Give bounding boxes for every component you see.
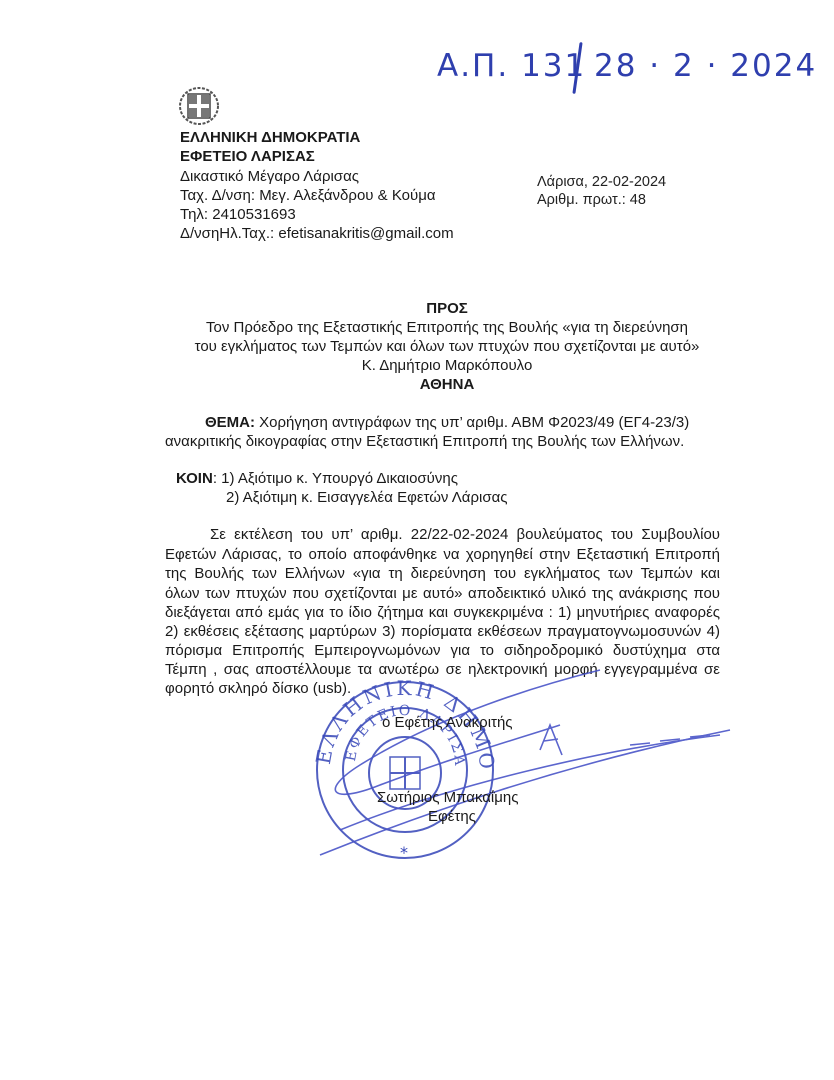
official-stamp-icon: ΕΛΛΗΝΙΚΗ ΔΗΜΟΚΡΑΤΙΑ ΕΦΕΤΕΙΟ ΛΑΡΙΣΑΣ * [300, 655, 740, 865]
subject-text-1: Χορήγηση αντιγράφων της υπ’ αριθμ. ΑΒΜ Φ… [259, 414, 689, 431]
cc-line-1: ΚΟΙΝ: 1) Αξιότιμο κ. Υπουργό Δικαιοσύνης [176, 469, 458, 488]
handwritten-protocol: Α.Π. 131 [437, 48, 586, 84]
body-line-6: 2) εκθέσεις εξέτασης μαρτύρων 3) πορίσμα… [165, 622, 720, 641]
subject-line-1: ΘΕΜΑ: Χορήγηση αντιγράφων της υπ’ αριθμ.… [205, 413, 689, 432]
header-building: Δικαστικό Μέγαρο Λάρισας [180, 167, 359, 186]
body-line-1: Σε εκτέλεση του υπ’ αριθμ. 22/22-02-2024… [210, 525, 720, 544]
recipient-city: ΑΘΗΝΑ [30, 375, 834, 394]
cc-item-2: 2) Αξιότιμη κ. Εισαγγελέα Εφετών Λάρισας [226, 488, 507, 507]
body-line-4: όλων των πτυχών που σχετίζονται με αυτό»… [165, 584, 720, 603]
body-line-5: διεξάγεται από εμάς για το ίδιο ζήτημα κ… [165, 603, 720, 622]
signatory-role: ο Εφέτης Ανακριτής [382, 713, 513, 732]
body-line-3: της Βουλής των Ελλήνων «για τη διερεύνησ… [165, 564, 720, 583]
cc-item-1: 1) Αξιότιμο κ. Υπουργό Δικαιοσύνης [221, 470, 458, 487]
recipient-line-2: του εγκλήματος των Τεμπών και όλων των π… [30, 337, 834, 356]
header-court: ΕΦΕΤΕΙΟ ΛΑΡΙΣΑΣ [180, 147, 315, 166]
protocol-number: Αριθμ. πρωτ.: 48 [537, 191, 666, 209]
header-phone: Τηλ: 2410531693 [180, 205, 296, 224]
place-date: Λάρισα, 22-02-2024 [537, 173, 666, 191]
handwritten-date: 28 · 2 · 2024 [594, 48, 817, 84]
document-meta: Λάρισα, 22-02-2024 Αριθμ. πρωτ.: 48 [537, 173, 666, 209]
recipient-label: ΠΡΟΣ [30, 299, 834, 318]
subject-label: ΘΕΜΑ: [205, 414, 255, 431]
cc-label: ΚΟΙΝ [176, 470, 213, 487]
header-postal-address: Ταχ. Δ/νση: Μεγ. Αλεξάνδρου & Κούμα [180, 186, 436, 205]
header-email[interactable]: Δ/νσηΗλ.Ταχ.: efetisanakritis@gmail.com [180, 224, 454, 243]
subject-line-2: ανακριτικής δικογραφίας στην Εξεταστική … [165, 432, 684, 451]
svg-text:*: * [400, 843, 408, 862]
signatory-name: Σωτήριος Μπακαΐμης [377, 788, 518, 807]
recipient-line-1: Τον Πρόεδρο της Εξεταστικής Επιτροπής τη… [30, 318, 834, 337]
recipient-name: Κ. Δημήτριο Μαρκόπουλο [30, 356, 834, 375]
greek-coat-of-arms-icon [178, 86, 220, 124]
signatory-title: Εφέτης [428, 807, 476, 826]
header-republic: ΕΛΛΗΝΙΚΗ ΔΗΜΟΚΡΑΤΙΑ [180, 128, 360, 147]
body-line-2: Εφετών Λάρισας, το οποίο αποφάνθηκε να χ… [165, 545, 720, 564]
